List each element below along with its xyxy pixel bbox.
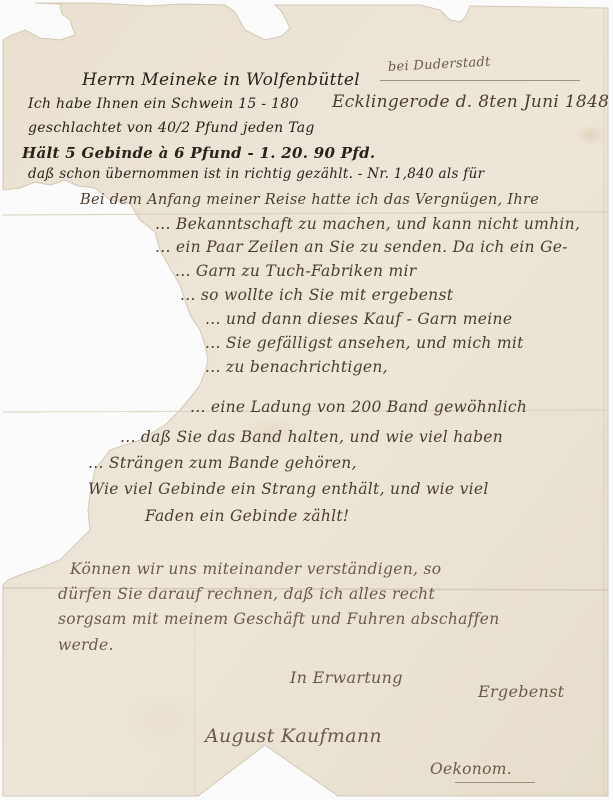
signer-title: Oekonom. [430,760,512,778]
place-date-line: Ecklingerode d. 8ten Juni 1848 [332,92,609,112]
body-line: ... Sie gefälligst ansehen, und mich mit [205,334,524,352]
annotation-underline [380,80,580,81]
body-line: ... so wollte ich Sie mit ergebenst [180,286,453,304]
closing-line-1: In Erwartung [290,668,403,687]
body-line: ... zu benachrichtigen, [205,358,388,376]
body-line: dürfen Sie darauf rechnen, daß ich alles… [58,585,435,603]
body-line: ... ein Paar Zeilen an Sie zu senden. Da… [155,238,568,256]
body-line: Faden ein Gebinde zählt! [145,507,349,525]
body-line: Können wir uns miteinander verständigen,… [70,560,441,578]
body-line: ... Garn zu Tuch-Fabriken mir [175,262,416,280]
body-line: werde. [58,636,114,654]
body-line: Wie viel Gebinde ein Strang enthält, und… [88,480,489,498]
ledger-line-3: Hält 5 Gebinde à 6 Pfund - 1. 20. 90 Pfd… [22,144,375,162]
body-line: ... eine Ladung von 200 Band gewöhnlich [190,398,527,416]
ledger-line-1: Ich habe Ihnen ein Schwein 15 - 180 [28,96,299,112]
body-line: ... daß Sie das Band halten, und wie vie… [120,428,503,446]
body-line: sorgsam mit meinem Geschäft und Fuhren a… [58,610,500,628]
document-scan: Herrn Meineke in Wolfenbüttel bei Duders… [0,0,613,800]
body-line: ... Bekanntschaft zu machen, und kann ni… [155,215,580,233]
ledger-line-4: daß schon übernommen ist in richtig gezä… [28,166,484,182]
body-line: ... Strängen zum Bande gehören, [88,454,357,472]
closing-line-2: Ergebenst [478,682,564,701]
body-line: Bei dem Anfang meiner Reise hatte ich da… [80,192,539,208]
title-underline [455,782,535,783]
signature: August Kaufmann [205,725,382,747]
ledger-line-2: geschlachtet von 40/2 Pfund jeden Tag [28,120,315,136]
addressee-line: Herrn Meineke in Wolfenbüttel [82,70,360,90]
body-line: ... und dann dieses Kauf - Garn meine [205,310,512,328]
